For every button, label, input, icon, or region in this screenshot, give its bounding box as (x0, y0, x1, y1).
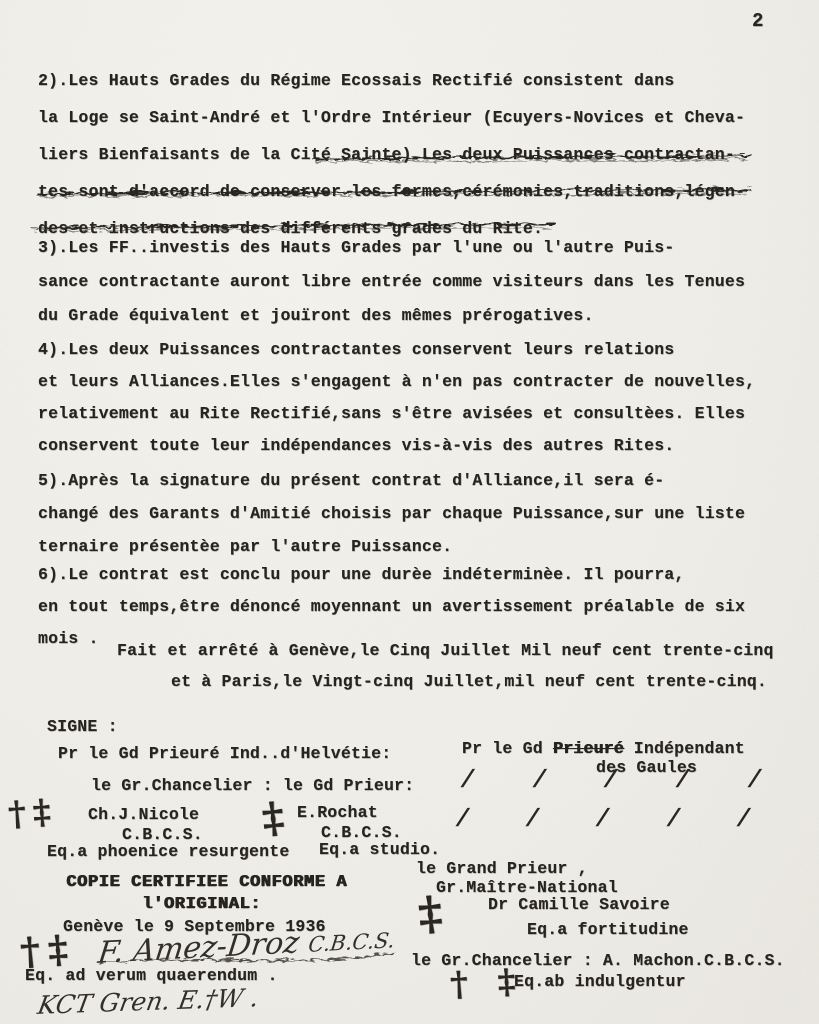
motto-studio: Eq.a studio. (319, 840, 440, 859)
motto-phoenice: Eq.a phoenice resurgente (47, 842, 289, 861)
typed-line: du Grade équivalent et jouïront des même… (38, 299, 758, 333)
hand-cross-mark: ‡ (260, 796, 286, 840)
typed-line: la Loge se Saint-André et l'Ordre Intéri… (38, 99, 758, 136)
signatory-name-savoire: Dr Camille Savoire (488, 895, 670, 914)
typed-line: 5).Après la signature du présent contrat… (38, 464, 758, 497)
slash-mark: / (602, 766, 620, 795)
page-number: 2 (752, 10, 763, 32)
signatory-name-nicole: Ch.J.Nicole (88, 805, 199, 824)
typed-line: 6).Le contrat est conclu pour une durèe … (38, 559, 758, 591)
typed-line: sance contractante auront libre entrée c… (38, 265, 758, 299)
dateline-paris: et à Paris,le Vingt-cinq Juillet,mil neu… (171, 672, 767, 691)
typed-line: changé des Garants d'Amitié choisis par … (38, 497, 758, 530)
typed-line: conservent toute leur indépendances vis-… (38, 430, 758, 462)
right-title-grand-prieur: le Grand Prieur , (416, 859, 588, 878)
typed-line: et leurs Alliances.Elles s'engagent à n'… (38, 366, 758, 398)
dateline-geneva: Fait et arrêté à Genève,le Cinq Juillet … (117, 641, 774, 660)
hand-cross-marks: †‡ (19, 929, 77, 971)
slash-mark: / (453, 805, 471, 834)
slash-mark: / (458, 766, 476, 795)
overtyped-word: Prieuré (553, 739, 624, 758)
scanned-document-page: 2 2).Les Hauts Grades du Régime Ecossais… (0, 0, 819, 1024)
typed-line: tes sont d'accord de conserver les forme… (38, 173, 758, 210)
paragraph-4: 4).Les deux Puissances contractantes con… (38, 334, 758, 462)
hand-cross-marks: †‡ (7, 794, 59, 831)
right-for-line: Pr le Gd Prieuré Indépendant (462, 739, 745, 758)
paragraph-5: 5).Après la signature du présent contrat… (38, 464, 758, 563)
typed-line: 3).Les FF..investis des Hauts Grades par… (38, 231, 758, 265)
slash-mark: / (530, 766, 548, 795)
right-for-line-prefix: Pr le Gd (462, 739, 553, 758)
slash-mark: / (745, 766, 763, 795)
slash-mark: / (674, 766, 692, 795)
signed-heading: SIGNE : (47, 717, 118, 736)
slash-mark: / (734, 805, 752, 834)
typed-line: 2).Les Hauts Grades du Régime Ecossais R… (38, 62, 758, 99)
typed-line: en tout temps,être dénoncé moyennant un … (38, 591, 758, 623)
paragraph-3: 3).Les FF..investis des Hauts Grades par… (38, 231, 758, 333)
typed-line: relativement au Rite Rectifié,sans s'êtr… (38, 398, 758, 430)
slash-mark: / (594, 805, 612, 834)
slash-mark: / (664, 805, 682, 834)
motto-ad-verum: Eq. ad verum quaerendum . (25, 966, 278, 985)
certification-line-2: l'ORIGINAL: (142, 895, 261, 914)
motto-indulgentur: Eq.ab indulgentur (514, 972, 686, 991)
placeholder-slashes-row-1: ///// (460, 766, 762, 795)
handwritten-annotation: KCT Gren. E.†W . (35, 983, 261, 1020)
slash-mark: / (524, 805, 542, 834)
motto-fortitudine: Eq.a fortitudine (527, 920, 689, 939)
signature-postnominal: C.B.C.S. (307, 928, 396, 957)
right-for-line-suffix: Indépendant (624, 739, 745, 758)
hand-cross-mark: ‡ (416, 889, 444, 937)
paragraph-2: 2).Les Hauts Grades du Régime Ecossais R… (38, 62, 758, 247)
left-for-line: Pr le Gd Prieuré Ind..d'Helvétie: (58, 744, 391, 763)
placeholder-slashes-row-2: ///// (455, 805, 751, 834)
signatory-name-rochat: E.Rochat (297, 803, 378, 822)
typed-line: liers Bienfaisants de la Cité Sainte).Le… (38, 136, 758, 173)
left-officers-line: le Gr.Chancelier : le Gd Prieur: (91, 776, 414, 795)
certification-line-1: COPIE CERTIFIEE CONFORME A (66, 873, 347, 892)
typed-line: 4).Les deux Puissances contractantes con… (38, 334, 758, 366)
